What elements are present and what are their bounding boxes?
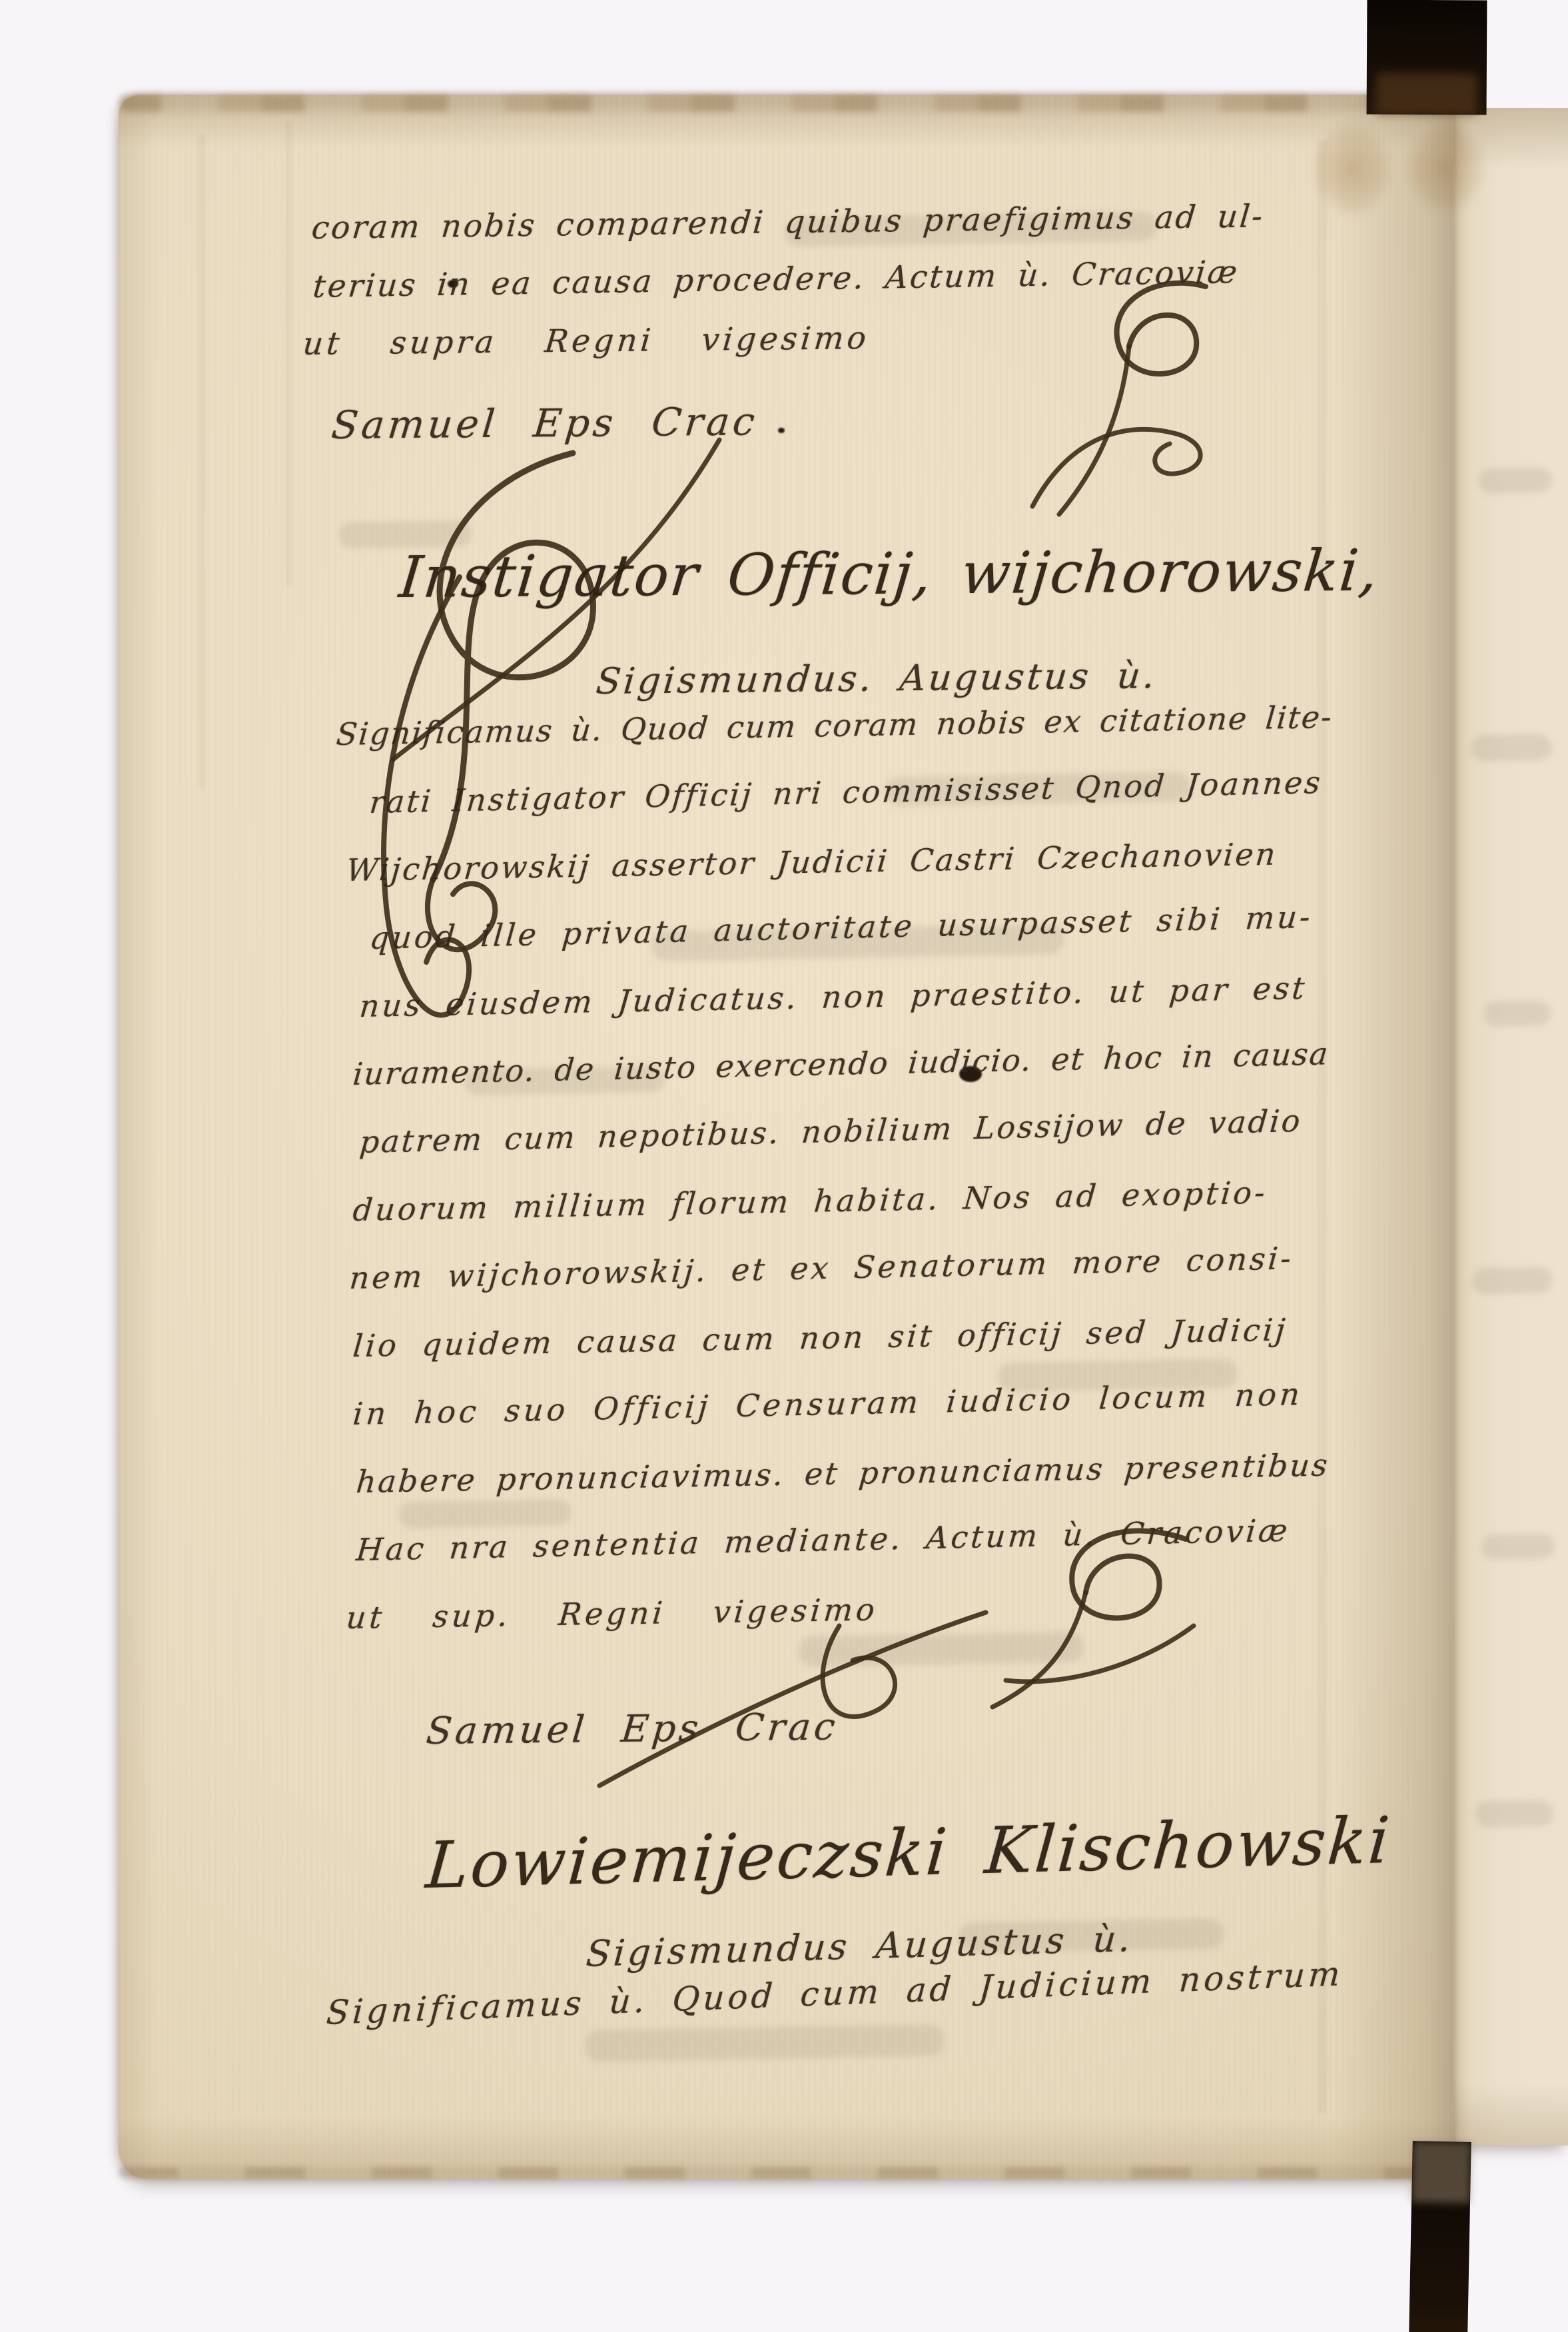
manuscript-line: patrem cum nepotibus. nobilium Lossijow … <box>358 1105 1304 1159</box>
manuscript-line: ut supra Regni vigesimo <box>302 322 871 360</box>
water-stain <box>1299 105 1405 232</box>
manuscript-line: habere pronunciavimus. et pronunciamus p… <box>355 1449 1331 1498</box>
bleedthrough-smudge <box>1472 1267 1553 1295</box>
bleedthrough-smudge <box>585 2024 945 2061</box>
paper-streak <box>286 121 292 588</box>
entry-title: Instigator Officij, wijchorowski, <box>397 541 1382 608</box>
paraph-flourish <box>1006 267 1219 533</box>
bleedthrough-smudge <box>1479 467 1553 494</box>
manuscript-line: iuramento. de iusto exercendo iudicio. e… <box>352 1037 1330 1090</box>
bleedthrough-smudge <box>1475 1800 1554 1828</box>
signature-flourish <box>586 1599 999 1799</box>
paraph-flourish <box>966 1512 1206 1719</box>
entry-title: Lowiemijeczski Klischowski <box>424 1807 1393 1900</box>
manuscript-page: coram nobis comparendi quibus praefigimu… <box>119 95 1453 2179</box>
manuscript-scan: coram nobis comparendi quibus praefigimu… <box>0 0 1568 2332</box>
entry-subtitle: Sigismundus. Augustus ù. <box>594 657 1158 701</box>
paper-streak <box>198 135 205 788</box>
manuscript-line: in hoc suo Officij Censuram iudicio locu… <box>352 1378 1304 1430</box>
facing-page <box>1452 108 1568 2145</box>
manuscript-line: duorum millium florum habita. Nos ad exo… <box>352 1177 1269 1227</box>
ink-speck <box>778 428 785 433</box>
bookmark-ribbon-bottom <box>1409 2141 1471 2332</box>
bleedthrough-smudge <box>398 1499 572 1529</box>
bleedthrough-smudge <box>1471 734 1553 762</box>
bleedthrough-smudge <box>1484 1000 1551 1027</box>
bleedthrough-smudge <box>1481 1533 1555 1560</box>
manuscript-line: nem wijchorowskij. et ex Senatorum more … <box>348 1242 1295 1294</box>
initial-swash-flourish <box>360 561 480 1134</box>
manuscript-line: lio quidem causa cum non sit officij sed… <box>352 1313 1289 1362</box>
bookmark-ribbon-top <box>1367 0 1487 115</box>
water-stain <box>1392 108 1499 228</box>
